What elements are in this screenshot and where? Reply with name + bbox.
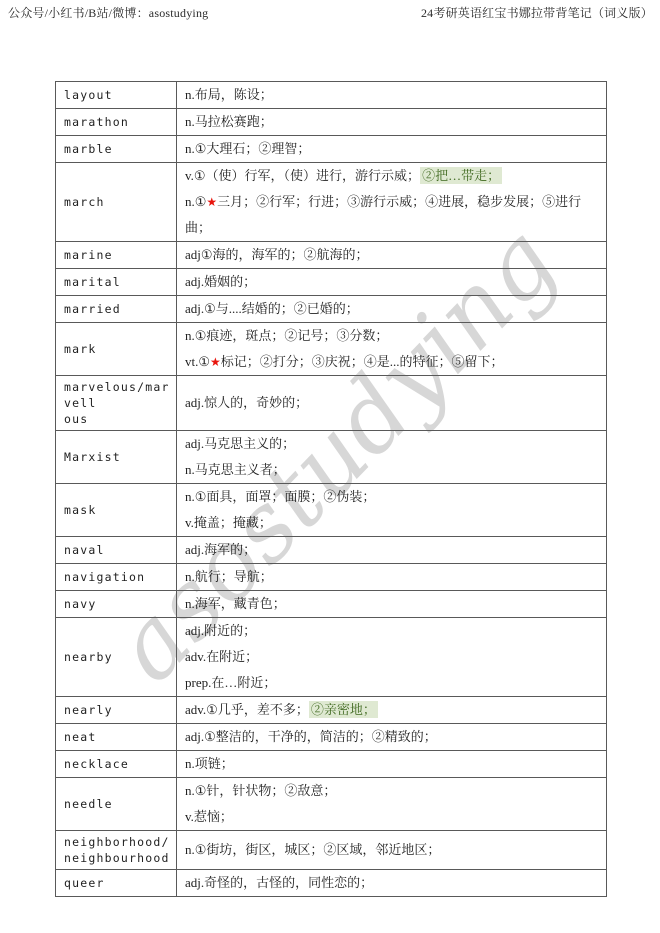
table-row: necklacen.项链；	[56, 751, 607, 778]
definition-cell: adj.马克思主义的；n.马克思主义者；	[177, 431, 607, 484]
word-cell: navy	[56, 591, 177, 618]
star-icon: ★	[206, 195, 217, 209]
word-line: Marxist	[64, 449, 172, 465]
definition-cell: adj.①整洁的，干净的，简洁的；②精致的；	[177, 724, 607, 751]
table-row: marineadj①海的，海军的；②航海的；	[56, 242, 607, 269]
table-row: nearlyadv.①几乎，差不多；②亲密地；	[56, 697, 607, 724]
definition-line: n.①面具，面罩；面膜；②伪装；	[185, 484, 602, 510]
definition-line: v.①（使）行军，（使）进行，游行示威；②把…带走；	[185, 163, 602, 189]
word-line: neighbourhood	[64, 850, 172, 866]
definition-line: n.①大理石；②理智；	[185, 136, 602, 162]
word-cell: nearly	[56, 697, 177, 724]
definition-text: n.航行；导航；	[185, 569, 273, 584]
word-cell: neighborhood/neighbourhood	[56, 831, 177, 870]
definition-text: adj.海军的；	[185, 542, 256, 557]
definition-line: v.惹恼；	[185, 804, 602, 830]
definition-text: n.①针，针状物；②敌意；	[185, 783, 336, 798]
word-line: marital	[64, 274, 172, 290]
word-cell: mark	[56, 323, 177, 376]
word-line: nearly	[64, 702, 172, 718]
definition-line: n.①街坊，街区，城区；②区域，邻近地区；	[185, 837, 602, 863]
definition-line: adj.①与....结婚的；②已婚的；	[185, 296, 602, 322]
header-left-text: 公众号/小红书/B站/微博：asostudying	[8, 4, 208, 21]
word-cell: march	[56, 163, 177, 242]
definition-text: n.①痕迹，斑点；②记号；③分数；	[185, 328, 388, 343]
definition-cell: n.①大理石；②理智；	[177, 136, 607, 163]
table-row: queeradj.奇怪的，古怪的，同性恋的；	[56, 870, 607, 897]
word-line: queer	[64, 875, 172, 891]
table-row: maritaladj.婚姻的；	[56, 269, 607, 296]
definition-line: adj.附近的；	[185, 618, 602, 644]
table-row: marblen.①大理石；②理智；	[56, 136, 607, 163]
vocab-table-body: layoutn.布局，陈设；marathonn.马拉松赛跑；marblen.①大…	[56, 82, 607, 897]
definition-line: n.①针，针状物；②敌意；	[185, 778, 602, 804]
definition-text: adj.①整洁的，干净的，简洁的；②精致的；	[185, 729, 437, 744]
definition-text: n.海军，藏青色；	[185, 596, 286, 611]
definition-cell: n.海军，藏青色；	[177, 591, 607, 618]
word-line: marble	[64, 141, 172, 157]
definition-line: adv.①几乎，差不多；②亲密地；	[185, 697, 602, 723]
definition-text: adj.惊人的，奇妙的；	[185, 395, 308, 410]
table-row: neighborhood/neighbourhoodn.①街坊，街区，城区；②区…	[56, 831, 607, 870]
definition-cell: adj.附近的；adv.在附近；prep.在…附近；	[177, 618, 607, 697]
definition-cell: n.马拉松赛跑；	[177, 109, 607, 136]
definition-text: vt.①	[185, 354, 210, 369]
definition-line: adj.马克思主义的；	[185, 431, 602, 457]
highlight-segment: ②亲密地；	[309, 701, 378, 718]
definition-line: adj.海军的；	[185, 537, 602, 563]
definition-text: adj.①与....结婚的；②已婚的；	[185, 301, 359, 316]
definition-cell: n.①痕迹，斑点；②记号；③分数；vt.①★标记；②打分；③庆祝；④是...的特…	[177, 323, 607, 376]
definition-line: adj.①整洁的，干净的，简洁的；②精致的；	[185, 724, 602, 750]
definition-line: adj.惊人的，奇妙的；	[185, 390, 602, 416]
definition-line: n.布局，陈设；	[185, 82, 602, 108]
definition-line: n.项链；	[185, 751, 602, 777]
definition-cell: n.①针，针状物；②敌意；v.惹恼；	[177, 778, 607, 831]
definition-text: 三月；②行军；行进；③游行示威；④进展，稳步发展；⑤进行曲；	[185, 194, 581, 235]
word-line: married	[64, 301, 172, 317]
word-line: mark	[64, 341, 172, 357]
table-row: navaladj.海军的；	[56, 537, 607, 564]
word-line: needle	[64, 796, 172, 812]
table-row: navigationn.航行；导航；	[56, 564, 607, 591]
definition-cell: n.布局，陈设；	[177, 82, 607, 109]
definition-line: n.航行；导航；	[185, 564, 602, 590]
highlight-segment: ②把…带走；	[420, 167, 502, 184]
word-cell: navigation	[56, 564, 177, 591]
word-cell: marine	[56, 242, 177, 269]
definition-cell: n.项链；	[177, 751, 607, 778]
table-row: marchv.①（使）行军，（使）进行，游行示威；②把…带走；n.①★三月；②行…	[56, 163, 607, 242]
definition-text: prep.在…附近；	[185, 675, 276, 690]
definition-text: n.①面具，面罩；面膜；②伪装；	[185, 489, 375, 504]
word-cell: nearby	[56, 618, 177, 697]
definition-line: vt.①★标记；②打分；③庆祝；④是...的特征；⑤留下；	[185, 349, 602, 375]
definition-text: adj.马克思主义的；	[185, 436, 295, 451]
table-row: nearbyadj.附近的；adv.在附近；prep.在…附近；	[56, 618, 607, 697]
definition-text: 标记；②打分；③庆祝；④是...的特征；⑤留下；	[221, 354, 504, 369]
definition-text: v.惹恼；	[185, 809, 233, 824]
definition-line: adj.奇怪的，古怪的，同性恋的；	[185, 870, 602, 896]
word-cell: marital	[56, 269, 177, 296]
definition-text: n.①大理石；②理智；	[185, 141, 310, 156]
word-line: marvelous/marvell	[64, 379, 172, 411]
word-line: neat	[64, 729, 172, 745]
word-cell: marble	[56, 136, 177, 163]
definition-text: n.马拉松赛跑；	[185, 114, 273, 129]
definition-text: n.马克思主义者；	[185, 462, 286, 477]
word-line: neighborhood/	[64, 834, 172, 850]
definition-line: prep.在…附近；	[185, 670, 602, 696]
page-header: 公众号/小红书/B站/微博：asostudying 24考研英语红宝书娜拉带背笔…	[8, 4, 653, 21]
definition-cell: adj.惊人的，奇妙的；	[177, 376, 607, 431]
word-cell: married	[56, 296, 177, 323]
table-row: markn.①痕迹，斑点；②记号；③分数；vt.①★标记；②打分；③庆祝；④是.…	[56, 323, 607, 376]
word-line: marathon	[64, 114, 172, 130]
definition-line: n.海军，藏青色；	[185, 591, 602, 617]
definition-line: adj.婚姻的；	[185, 269, 602, 295]
star-icon: ★	[210, 355, 221, 369]
definition-line: adv.在附近；	[185, 644, 602, 670]
table-row: layoutn.布局，陈设；	[56, 82, 607, 109]
word-cell: layout	[56, 82, 177, 109]
definition-line: v.掩盖；掩藏；	[185, 510, 602, 536]
definition-line: n.①★三月；②行军；行进；③游行示威；④进展，稳步发展；⑤进行曲；	[185, 189, 602, 241]
definition-cell: adv.①几乎，差不多；②亲密地；	[177, 697, 607, 724]
word-cell: queer	[56, 870, 177, 897]
definition-text: adv.①几乎，差不多；	[185, 702, 309, 717]
definition-cell: adj.奇怪的，古怪的，同性恋的；	[177, 870, 607, 897]
word-line: marine	[64, 247, 172, 263]
word-cell: mask	[56, 484, 177, 537]
definition-text: adj.附近的；	[185, 623, 256, 638]
definition-line: n.马拉松赛跑；	[185, 109, 602, 135]
table-row: navyn.海军，藏青色；	[56, 591, 607, 618]
table-row: marathonn.马拉松赛跑；	[56, 109, 607, 136]
definition-cell: n.①面具，面罩；面膜；②伪装；v.掩盖；掩藏；	[177, 484, 607, 537]
definition-cell: n.①街坊，街区，城区；②区域，邻近地区；	[177, 831, 607, 870]
word-cell: naval	[56, 537, 177, 564]
definition-cell: v.①（使）行军，（使）进行，游行示威；②把…带走；n.①★三月；②行军；行进；…	[177, 163, 607, 242]
word-cell: marathon	[56, 109, 177, 136]
definition-cell: adj①海的，海军的；②航海的；	[177, 242, 607, 269]
definition-text: n.①街坊，街区，城区；②区域，邻近地区；	[185, 842, 440, 857]
table-row: marvelous/marvellousadj.惊人的，奇妙的；	[56, 376, 607, 431]
word-cell: neat	[56, 724, 177, 751]
definition-text: v.①（使）行军，（使）进行，游行示威；	[185, 168, 420, 183]
word-cell: Marxist	[56, 431, 177, 484]
word-cell: marvelous/marvellous	[56, 376, 177, 431]
definition-text: adj①海的，海军的；②航海的；	[185, 247, 369, 262]
definition-cell: n.航行；导航；	[177, 564, 607, 591]
definition-text: v.掩盖；掩藏；	[185, 515, 272, 530]
definition-text: n.布局，陈设；	[185, 87, 273, 102]
table-row: Marxistadj.马克思主义的；n.马克思主义者；	[56, 431, 607, 484]
table-row: needlen.①针，针状物；②敌意；v.惹恼；	[56, 778, 607, 831]
header-right-text: 24考研英语红宝书娜拉带背笔记（词义版）	[421, 4, 653, 21]
definition-cell: adj.婚姻的；	[177, 269, 607, 296]
table-row: maskn.①面具，面罩；面膜；②伪装；v.掩盖；掩藏；	[56, 484, 607, 537]
definition-text: adj.婚姻的；	[185, 274, 256, 289]
definition-text: adv.在附近；	[185, 649, 258, 664]
definition-line: n.①痕迹，斑点；②记号；③分数；	[185, 323, 602, 349]
word-line: nearby	[64, 649, 172, 665]
table-row: neatadj.①整洁的，干净的，简洁的；②精致的；	[56, 724, 607, 751]
definition-text: n.①	[185, 194, 206, 209]
word-line: necklace	[64, 756, 172, 772]
definition-cell: adj.海军的；	[177, 537, 607, 564]
word-line: naval	[64, 542, 172, 558]
vocab-table: layoutn.布局，陈设；marathonn.马拉松赛跑；marblen.①大…	[55, 81, 607, 897]
definition-line: adj①海的，海军的；②航海的；	[185, 242, 602, 268]
word-cell: necklace	[56, 751, 177, 778]
word-line: ous	[64, 411, 172, 427]
word-line: layout	[64, 87, 172, 103]
word-line: march	[64, 194, 172, 210]
definition-cell: adj.①与....结婚的；②已婚的；	[177, 296, 607, 323]
word-cell: needle	[56, 778, 177, 831]
word-line: mask	[64, 502, 172, 518]
word-line: navigation	[64, 569, 172, 585]
word-line: navy	[64, 596, 172, 612]
definition-text: n.项链；	[185, 756, 234, 771]
definition-line: n.马克思主义者；	[185, 457, 602, 483]
table-row: marriedadj.①与....结婚的；②已婚的；	[56, 296, 607, 323]
definition-text: adj.奇怪的，古怪的，同性恋的；	[185, 875, 373, 890]
